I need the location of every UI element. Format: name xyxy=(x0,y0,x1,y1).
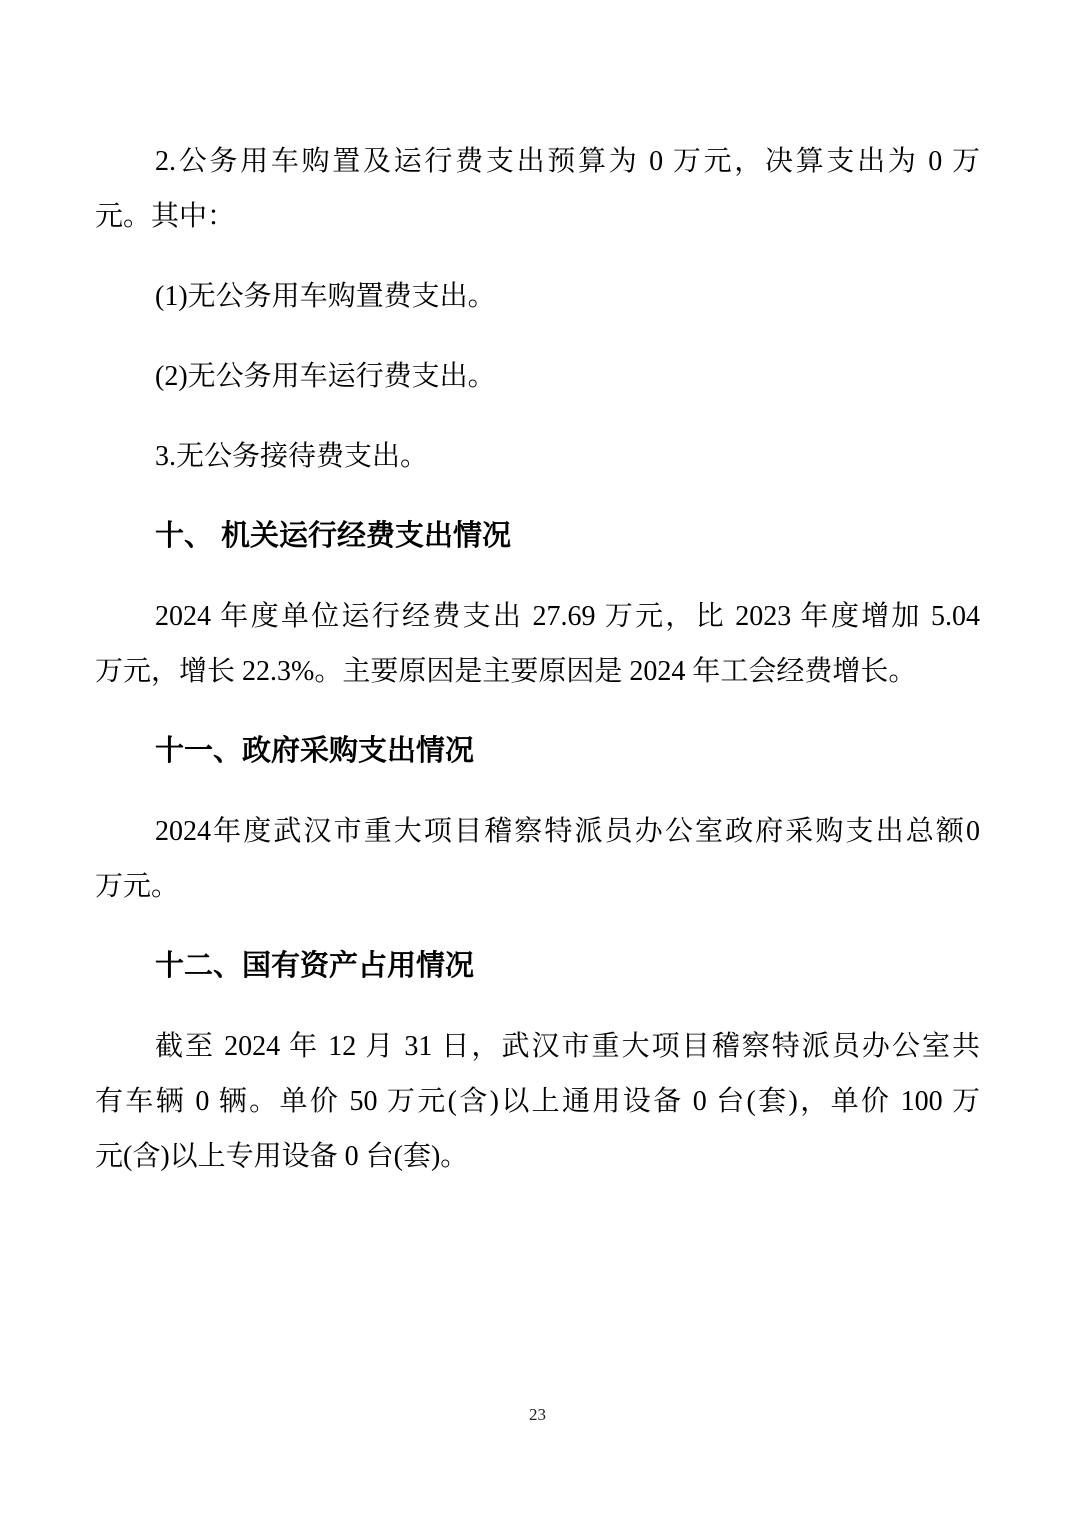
heading-text: 十、 机关运行经费支出情况 xyxy=(95,509,980,564)
document-page: 2.公务用车购置及运行费支出预算为 0 万元，决算支出为 0 万 元。其中： (… xyxy=(0,0,1075,1520)
text-line: 2024年度武汉市重大项目稽察特派员办公室政府采购支出总额0 xyxy=(95,804,980,859)
para-no-vehicle-operation-expense: (2)无公务用车运行费支出。 xyxy=(95,349,980,404)
para-no-vehicle-purchase-expense: (1)无公务用车购置费支出。 xyxy=(95,269,980,324)
para-no-official-reception-expense: 3.无公务接待费支出。 xyxy=(95,429,980,484)
text-line: 有车辆 0 辆。单价 50 万元(含)以上通用设备 0 台(套)，单价 100 … xyxy=(95,1074,980,1129)
heading-text: 十二、国有资产占用情况 xyxy=(95,939,980,994)
text-line: 万元，增长 22.3%。主要原因是主要原因是 2024 年工会经费增长。 xyxy=(95,644,980,699)
heading-section-10-agency-operating-expense: 十、 机关运行经费支出情况 xyxy=(95,509,980,564)
para-procurement-total: 2024年度武汉市重大项目稽察特派员办公室政府采购支出总额0 万元。 xyxy=(95,804,980,914)
text-line: 万元。 xyxy=(95,859,980,914)
heading-section-11-government-procurement: 十一、政府采购支出情况 xyxy=(95,724,980,779)
text-line: 截至 2024 年 12 月 31 日，武汉市重大项目稽察特派员办公室共 xyxy=(95,1019,980,1074)
text-line: 2.公务用车购置及运行费支出预算为 0 万元，决算支出为 0 万 xyxy=(95,134,980,189)
text-line: (2)无公务用车运行费支出。 xyxy=(95,349,980,404)
heading-section-12-state-owned-assets: 十二、国有资产占用情况 xyxy=(95,939,980,994)
text-line: 3.无公务接待费支出。 xyxy=(95,429,980,484)
para-vehicle-budget-summary: 2.公务用车购置及运行费支出预算为 0 万元，决算支出为 0 万 元。其中： xyxy=(95,134,980,244)
page-footer: 23 xyxy=(0,1404,1075,1426)
text-line: 2024 年度单位运行经费支出 27.69 万元，比 2023 年度增加 5.0… xyxy=(95,589,980,644)
heading-text: 十一、政府采购支出情况 xyxy=(95,724,980,779)
para-operating-expense-detail: 2024 年度单位运行经费支出 27.69 万元，比 2023 年度增加 5.0… xyxy=(95,589,980,699)
text-line: 元。其中： xyxy=(95,189,980,244)
document-content: 2.公务用车购置及运行费支出预算为 0 万元，决算支出为 0 万 元。其中： (… xyxy=(95,0,980,1209)
text-line: (1)无公务用车购置费支出。 xyxy=(95,269,980,324)
para-state-assets-detail: 截至 2024 年 12 月 31 日，武汉市重大项目稽察特派员办公室共 有车辆… xyxy=(95,1019,980,1184)
text-line: 元(含)以上专用设备 0 台(套)。 xyxy=(95,1129,980,1184)
page-number: 23 xyxy=(529,1405,546,1424)
